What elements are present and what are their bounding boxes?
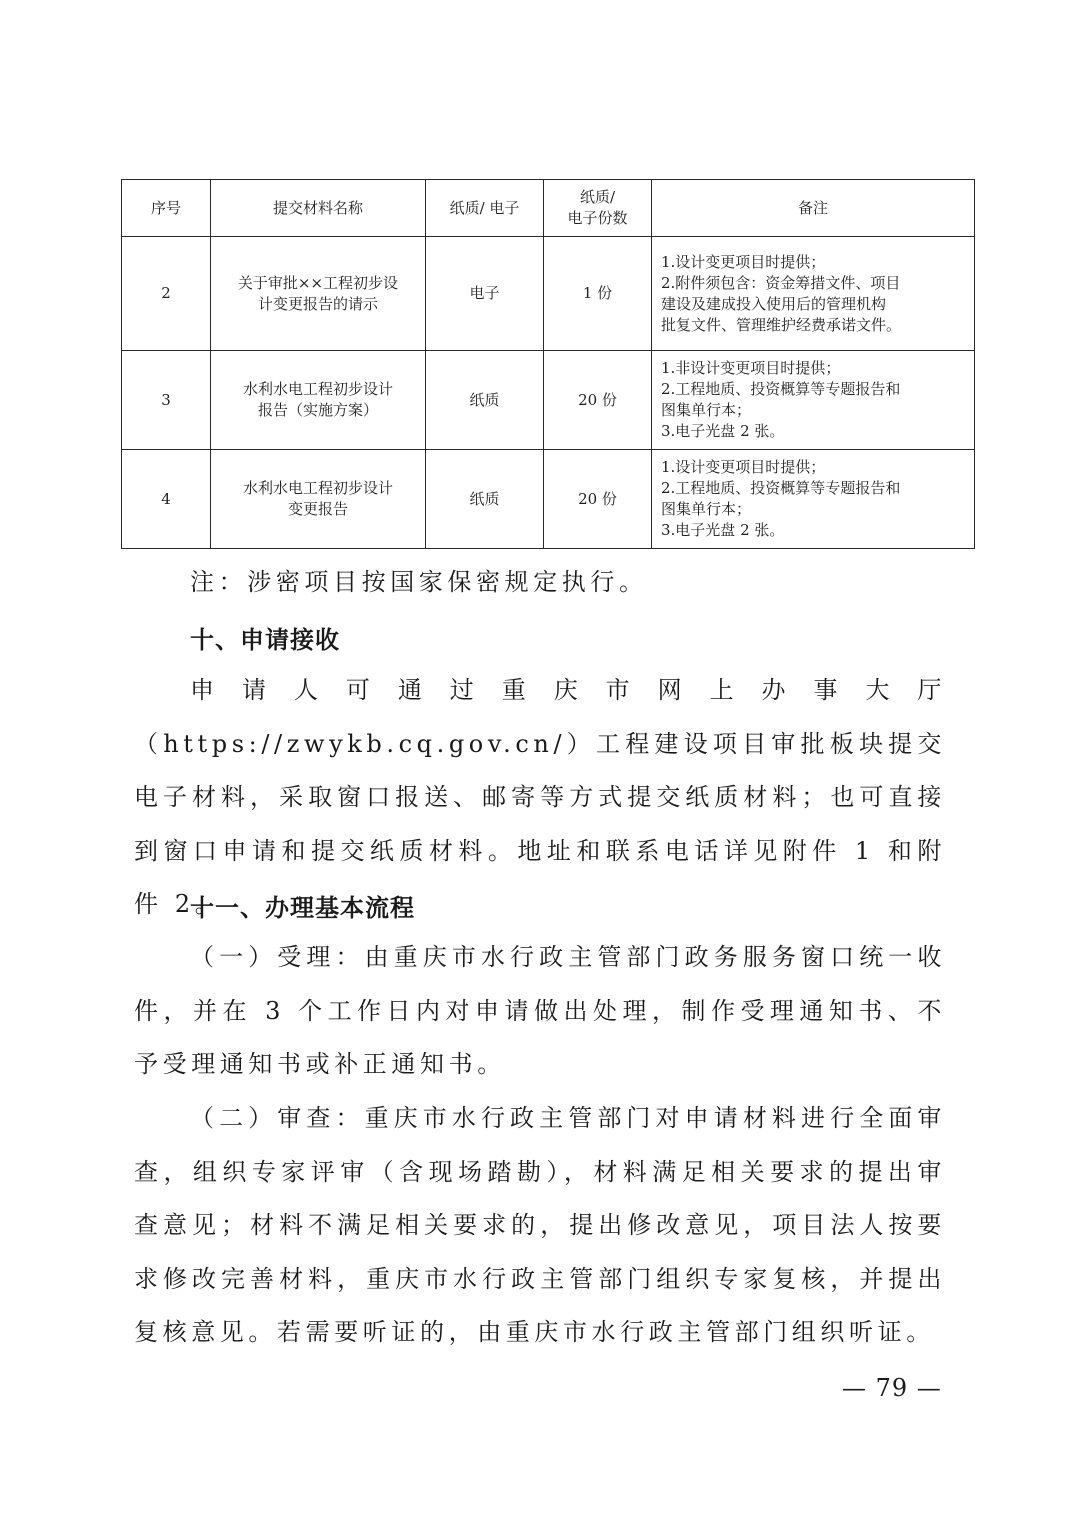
row-notes: 1.设计变更项目时提供； 2.附件须包含：资金筹措文件、项目 建设及建成投入使用… xyxy=(652,237,975,351)
row-index: 3 xyxy=(122,351,211,450)
table-row: 3 水利水电工程初步设计 报告（实施方案） 纸质 20 份 1.非设计变更项目时… xyxy=(122,351,975,450)
note-line: 图集单行本； xyxy=(661,400,970,421)
name-line: 报告（实施方案） xyxy=(215,400,421,421)
page-number: — 79 — xyxy=(842,1374,942,1402)
row-index: 4 xyxy=(122,450,211,549)
table-row: 2 关于审批××工程初步设 计变更报告的请示 电子 1 份 1.设计变更项目时提… xyxy=(122,237,975,351)
row-copies: 20 份 xyxy=(544,450,652,549)
header-copies: 纸质/ 电子份数 xyxy=(544,180,652,237)
row-type: 纸质 xyxy=(426,450,544,549)
header-index: 序号 xyxy=(122,180,211,237)
header-material-name: 提交材料名称 xyxy=(211,180,426,237)
note-line: 1.设计变更项目时提供； xyxy=(661,252,970,273)
note-line: 1.设计变更项目时提供； xyxy=(661,457,970,478)
row-type: 电子 xyxy=(426,237,544,351)
note-line: 3.电子光盘 2 张。 xyxy=(661,520,970,541)
row-material-name: 水利水电工程初步设计 报告（实施方案） xyxy=(211,351,426,450)
section-heading-basic-process: 十一、办理基本流程 xyxy=(190,888,415,923)
row-material-name: 关于审批××工程初步设 计变更报告的请示 xyxy=(211,237,426,351)
document-page: 序号 提交材料名称 纸质/ 电子 纸质/ 电子份数 备注 2 关于审批××工程初… xyxy=(0,0,1074,1520)
row-notes: 1.设计变更项目时提供； 2.工程地质、投资概算等专题报告和 图集单行本； 3.… xyxy=(652,450,975,549)
process-step-review: （二）审查：重庆市水行政主管部门对申请材料进行全面审查，组织专家评审（含现场踏勘… xyxy=(134,1092,946,1360)
header-type: 纸质/ 电子 xyxy=(426,180,544,237)
note-line: 建设及建成投入使用后的管理机构 xyxy=(661,294,970,315)
process-step-acceptance: （一）受理：由重庆市水行政主管部门政务服务窗口统一收件，并在 3 个工作日内对申… xyxy=(134,931,946,1092)
table-header-row: 序号 提交材料名称 纸质/ 电子 纸质/ 电子份数 备注 xyxy=(122,180,975,237)
row-copies: 20 份 xyxy=(544,351,652,450)
row-material-name: 水利水电工程初步设计 变更报告 xyxy=(211,450,426,549)
note-line: 1.非设计变更项目时提供； xyxy=(661,358,970,379)
note-line: 3.电子光盘 2 张。 xyxy=(661,421,970,442)
header-notes: 备注 xyxy=(652,180,975,237)
row-copies: 1 份 xyxy=(544,237,652,351)
section-heading-application-receipt: 十、申请接收 xyxy=(190,620,340,655)
header-copies-line2: 电子份数 xyxy=(548,208,647,229)
row-notes: 1.非设计变更项目时提供； 2.工程地质、投资概算等专题报告和 图集单行本； 3… xyxy=(652,351,975,450)
header-copies-line1: 纸质/ xyxy=(548,187,647,208)
note-line: 2.工程地质、投资概算等专题报告和 xyxy=(661,379,970,400)
note-line: 批复文件、管理维护经费承诺文件。 xyxy=(661,315,970,336)
name-line: 关于审批××工程初步设 xyxy=(215,273,421,294)
name-line: 水利水电工程初步设计 xyxy=(215,478,421,499)
note-line: 图集单行本； xyxy=(661,499,970,520)
note-line: 2.附件须包含：资金筹措文件、项目 xyxy=(661,273,970,294)
row-type: 纸质 xyxy=(426,351,544,450)
name-line: 水利水电工程初步设计 xyxy=(215,379,421,400)
table-row: 4 水利水电工程初步设计 变更报告 纸质 20 份 1.设计变更项目时提供； 2… xyxy=(122,450,975,549)
note-line: 2.工程地质、投资概算等专题报告和 xyxy=(661,478,970,499)
materials-table: 序号 提交材料名称 纸质/ 电子 纸质/ 电子份数 备注 2 关于审批××工程初… xyxy=(121,179,975,549)
name-line: 变更报告 xyxy=(215,499,421,520)
confidential-note: 注：涉密项目按国家保密规定执行。 xyxy=(134,556,946,610)
row-index: 2 xyxy=(122,237,211,351)
name-line: 计变更报告的请示 xyxy=(215,294,421,315)
